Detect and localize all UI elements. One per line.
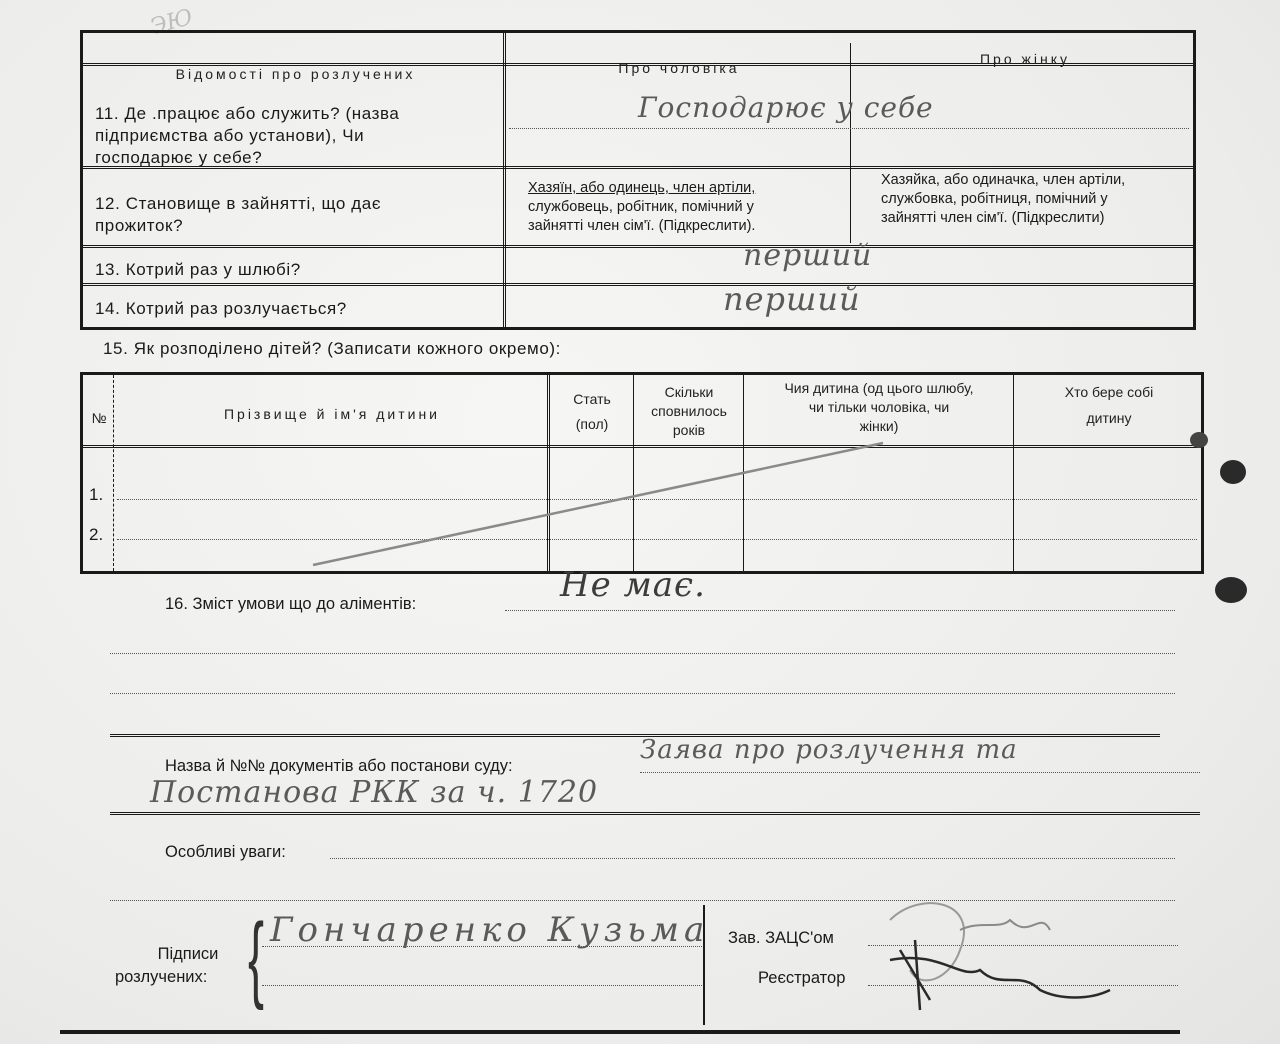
documents-line (640, 772, 1200, 773)
strike-through-line (83, 375, 1203, 575)
binding-hole-2 (1215, 577, 1247, 603)
handwritten-divorcee-signature: Гончаренко Кузьма (270, 910, 709, 950)
alimony-line-1 (505, 610, 1175, 611)
handwritten-documents-line2: Постанова РКК за ч. 1720 (150, 775, 598, 810)
header-info: Відомості про розлучених (93, 66, 498, 82)
children-section-title: 15. Як розподілено дітей? (Записати кожн… (103, 338, 561, 360)
header-husband: Про чоловіка (509, 60, 849, 76)
alimony-line-3 (110, 693, 1175, 694)
notes-line-1 (330, 858, 1175, 859)
row-divider-13 (83, 283, 1193, 286)
husband-option-line3: зайнятті член сім'ї. (Підкреслити). (528, 217, 833, 236)
husband-occupation-options: Хазяїн, або одинець, член артіли, службо… (528, 179, 833, 236)
notes-label: Особливі уваги: (165, 843, 286, 862)
children-table: № Прізвище й ім'я дитини Стать (пол) Скі… (80, 372, 1204, 574)
documents-label: Назва й №№ документів або постанови суду… (165, 757, 513, 776)
handwritten-answer-14: перший (723, 280, 861, 318)
question-12: 12. Становище в зайнятті, що дає прожито… (95, 193, 475, 237)
wife-option-line2: службовка, робітниця, помічний у (881, 190, 1181, 209)
registrar-label: Реєстратор (758, 969, 845, 988)
alimony-line-2 (110, 653, 1175, 654)
signature-divider (703, 905, 705, 1025)
brace-glyph: { (248, 910, 264, 1006)
ink-blot (1190, 432, 1208, 448)
question-12-line2: прожиток? (95, 215, 475, 237)
handwritten-alimony: Не має. (560, 565, 706, 605)
wife-option-line3: зайнятті член сім'ї. (Підкреслити) (881, 209, 1181, 228)
question-11-line2: підприємства або установи), Чи (95, 125, 475, 147)
official-signatures (860, 890, 1130, 1020)
handwritten-documents-line1: Заява про розлучення та (640, 735, 1018, 765)
head-zags-label: Зав. ЗАЦС'ом (728, 929, 834, 948)
dotted-guide-row11 (509, 128, 1189, 129)
wife-option-line1: Хазяйка, або одиначка, член артіли, (881, 171, 1181, 190)
question-13: 13. Котрий раз у шлюбі? (95, 259, 301, 281)
question-11: 11. Де .працює або служить? (назва підпр… (95, 103, 475, 169)
question-11-line3: господарює у себе? (95, 147, 475, 169)
husband-option-line1: Хазяїн, або одинець, член артіли, (528, 179, 833, 198)
binding-hole-1 (1220, 460, 1246, 484)
signatures-label-line2: розлучених: (115, 968, 207, 987)
question-14: 14. Котрий раз розлучається? (95, 298, 347, 320)
signature-line-2 (262, 985, 702, 986)
handwritten-answer-13: перший (743, 238, 872, 273)
column-divider-main (503, 33, 506, 327)
section-rule-2 (110, 812, 1200, 815)
signatures-label-line1: Підписи (138, 945, 238, 964)
column-divider-husband-wife (850, 43, 851, 243)
question-12-line1: 12. Становище в зайнятті, що дає (95, 193, 475, 215)
header-wife: Про жінку (855, 51, 1195, 67)
handwritten-answer-11: Господарює у себе (638, 91, 934, 124)
alimony-label: 16. Зміст умови що до аліментів: (165, 595, 416, 614)
bottom-border (60, 1030, 1180, 1034)
wife-occupation-options: Хазяйка, або одиначка, член артіли, служ… (881, 171, 1181, 228)
divorcee-info-table: Відомості про розлучених Про чоловіка Пр… (80, 30, 1196, 330)
scanned-document-page: ЭЮ Відомості про розлучених Про чоловіка… (0, 0, 1280, 1044)
husband-option-line2: службовець, робітник, помічний у (528, 198, 833, 217)
question-11-line1: 11. Де .працює або служить? (назва (95, 103, 475, 125)
row-divider-12 (83, 245, 1193, 248)
